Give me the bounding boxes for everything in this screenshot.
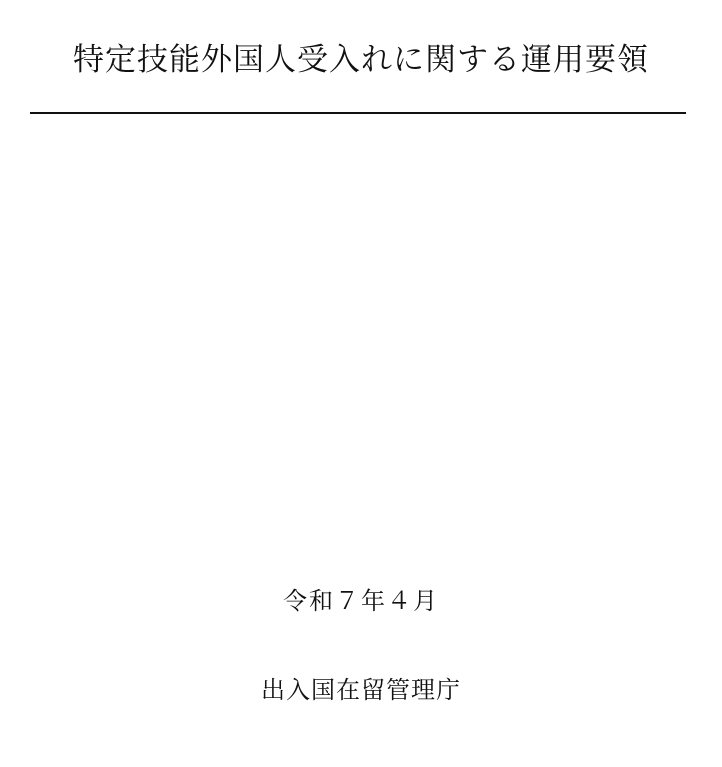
issuing-agency: 出入国在留管理庁 xyxy=(0,673,722,707)
document-title: 特定技能外国人受入れに関する運用要領 xyxy=(0,38,722,82)
publication-date: 令和７年４月 xyxy=(0,584,722,618)
title-divider xyxy=(30,112,686,114)
